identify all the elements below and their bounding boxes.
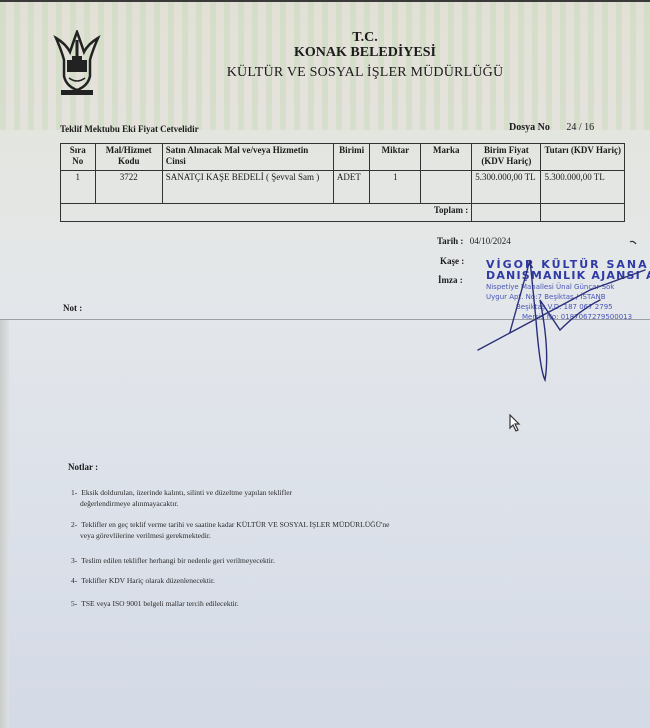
file-number-value: 24 / 16 — [566, 122, 594, 133]
note-item-1: 1-Eksik doldurulan, üzerinde kalıntı, si… — [71, 487, 491, 509]
cell-birim-fiyat: 5.300.000,00 TL — [472, 171, 541, 204]
note-item-2: 2-Teklifler en geç teklif verme tarihi v… — [71, 519, 511, 541]
header-tc: T.C. — [40, 30, 650, 46]
stamp-label: Kaşe : — [440, 256, 464, 266]
col-header-tutar: Tutarı (KDV Hariç) — [541, 144, 625, 171]
cell-marka — [421, 171, 472, 204]
cell-sira: 1 — [61, 171, 96, 204]
header-directorate: KÜLTÜR VE SOSYAL İŞLER MÜDÜRLÜĞÜ — [40, 65, 650, 81]
total-birim-fiyat — [472, 204, 541, 222]
table-header-row: Sıra No Mal/Hizmet Kodu Satın Alınacak M… — [61, 144, 625, 171]
date-label: Tarih : — [437, 236, 463, 246]
monitor-bezel-edge — [0, 0, 650, 2]
col-header-cinsi: Satın Alınacak Mal ve/veya Hizmetin Cins… — [162, 144, 333, 171]
col-header-birimi: Birimi — [333, 144, 370, 171]
stamp-line-4: Uygur Apt. No:7 Beşiktaş / İSTANB — [486, 292, 650, 302]
note-item-3: 3-Teslim edilen teklifler herhangi bir n… — [71, 555, 491, 566]
page-left-edge — [0, 320, 9, 728]
table-row: 1 3722 SANATÇI KAŞE BEDELİ ( Şevval Sam … — [61, 171, 625, 204]
note-label: Not : — [63, 303, 82, 313]
company-stamp: VİGOR KÜLTÜR SANA DANIŞMANLIK AJANSI A.Ş… — [486, 258, 650, 322]
stamp-line-5: Beşiktaş V.D. 187 067 2795 — [486, 302, 650, 312]
price-schedule-table: Sıra No Mal/Hizmet Kodu Satın Alınacak M… — [60, 143, 625, 222]
date-value: 04/10/2024 — [470, 236, 511, 246]
notes-title: Notlar : — [68, 462, 98, 472]
col-header-kod: Mal/Hizmet Kodu — [95, 144, 162, 171]
file-number-label: Dosya No — [509, 122, 550, 133]
col-header-sira: Sıra No — [61, 144, 96, 171]
signature-label: İmza : — [438, 275, 463, 285]
cell-miktar: 1 — [370, 171, 421, 204]
document-caption: Teklif Mektubu Eki Fiyat Cetvelidir — [60, 124, 199, 134]
total-tutar — [541, 204, 625, 222]
cell-kod: 3722 — [95, 171, 162, 204]
cell-birimi: ADET — [333, 171, 370, 204]
cell-cinsi: SANATÇI KAŞE BEDELİ ( Şevval Sam ) — [162, 171, 333, 204]
stamp-line-2: DANIŞMANLIK AJANSI A.Ş — [486, 269, 650, 282]
note-item-4: 4-Teklifler KDV Hariç olarak düzenlenece… — [71, 575, 491, 586]
table-total-row: Toplam : — [61, 204, 625, 222]
file-number: Dosya No 24 / 16 — [509, 122, 594, 133]
col-header-miktar: Miktar — [370, 144, 421, 171]
stamp-line-3: Nispetiye Mahallesi Ünal Günçar Sok — [486, 282, 650, 292]
date-field: Tarih : 04/10/2024 — [437, 236, 511, 246]
col-header-marka: Marka — [421, 144, 472, 171]
header-municipality: KONAK BELEDİYESİ — [40, 45, 650, 61]
note-item-5: 5-TSE veya ISO 9001 belgeli mallar terci… — [71, 598, 491, 609]
cell-tutar: 5.300.000,00 TL — [541, 171, 625, 204]
stamp-line-6: Mersis No: 0187067279500013 — [486, 312, 650, 322]
col-header-birim-fiyat: Birim Fiyat (KDV Hariç) — [472, 144, 541, 171]
total-label: Toplam : — [61, 204, 472, 222]
mouse-cursor-icon — [508, 414, 522, 432]
